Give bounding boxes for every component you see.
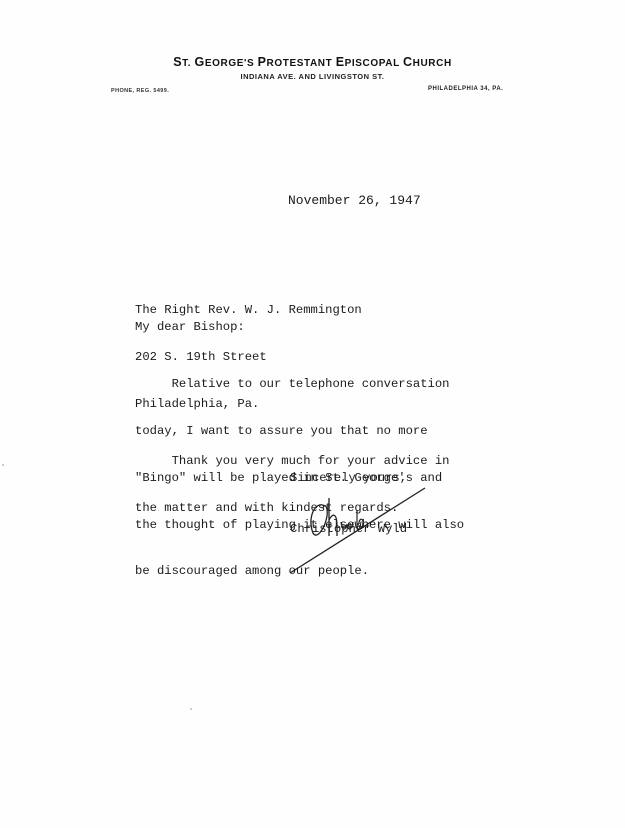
- letterhead-city: PHILADELPHIA 34, PA.: [428, 86, 503, 92]
- letterhead-phone: PHONE, REG. 5499.: [111, 88, 169, 94]
- letter-page: ST. GEORGE'S PROTESTANT EPISCOPAL CHURCH…: [0, 0, 625, 828]
- letter-date: November 26, 1947: [288, 193, 421, 209]
- letterhead-church-name: ST. GEORGE'S PROTESTANT EPISCOPAL CHURCH: [0, 55, 625, 69]
- signer-name: Christopher Wyld: [290, 522, 407, 538]
- paper-speck: [2, 464, 4, 466]
- body-line: Thank you very much for your advice in: [135, 454, 450, 470]
- paper-speck: [158, 510, 159, 511]
- letterhead-address: INDIANA AVE. AND LIVINGSTON ST.: [0, 72, 625, 81]
- recipient-line: The Right Rev. W. J. Remmington: [135, 303, 362, 319]
- body-line: Relative to our telephone conversation: [135, 377, 464, 393]
- salutation: My dear Bishop:: [135, 320, 245, 336]
- paper-speck: [190, 708, 192, 710]
